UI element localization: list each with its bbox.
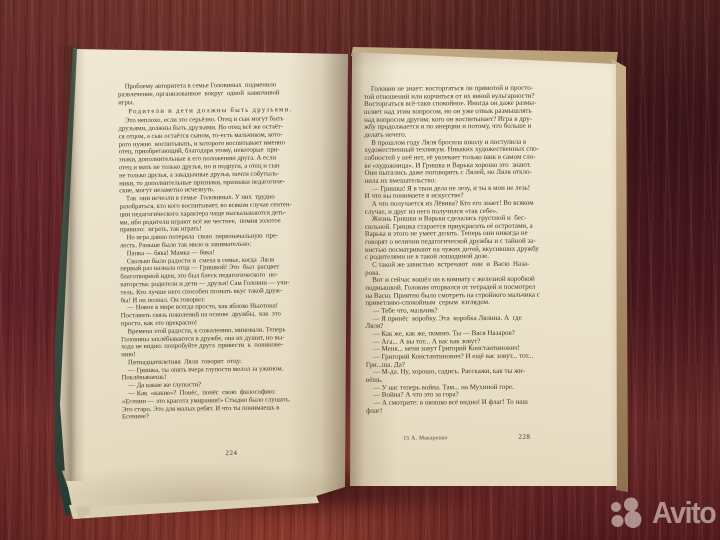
left-page-number: 224 (225, 450, 237, 458)
book-photo: Проблему авторитета в семье Головиных по… (0, 0, 720, 540)
printers-signature: 15 А. Макаренко (403, 435, 447, 443)
right-page-text: Головин не знает: восторгаться ли прямот… (364, 84, 612, 415)
left-page-text: Проблему авторитета в семье Головиных по… (118, 81, 348, 422)
right-page-body: Головин не знает: восторгаться ли прямот… (364, 84, 612, 415)
left-page-body: Это неплохо, если это серьёзно. Отец и с… (118, 115, 348, 422)
open-book: Проблему авторитета в семье Головиных по… (55, 45, 633, 527)
left-page-opening-paragraph: Проблему авторитета в семье Головиных по… (118, 81, 344, 107)
right-page-number: 228 (518, 434, 530, 442)
avito-watermark-text: Avito (652, 495, 715, 531)
right-page-footer: 15 А. Макаренко 228 (366, 433, 596, 445)
avito-logo-icon (606, 494, 648, 532)
avito-watermark: Avito (606, 494, 720, 532)
